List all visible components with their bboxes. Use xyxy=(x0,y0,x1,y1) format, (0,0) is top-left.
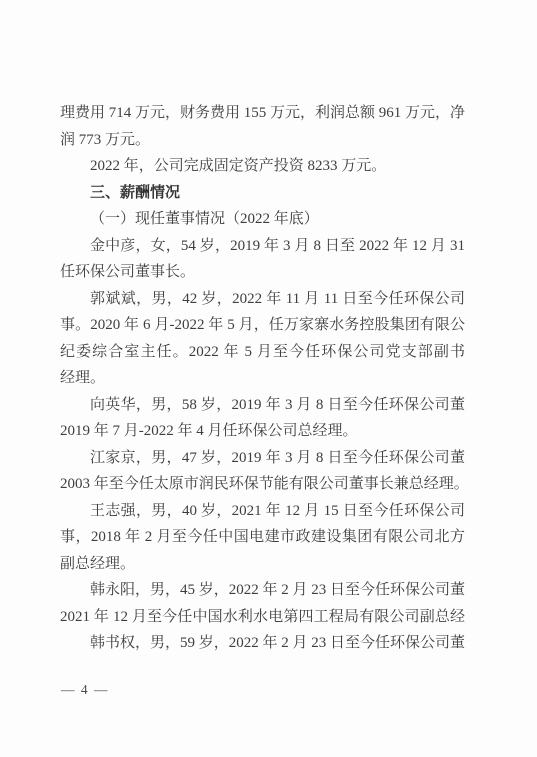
text-line: 金中彦，女，54 岁，2019 年 3 月 8 日至 2022 年 12 月 3… xyxy=(60,233,465,260)
text-line: 事，2018 年 2 月至今任中国电建市政建设集团有限公司北方公司 xyxy=(60,524,465,551)
text-line: 2022 年，公司完成固定资产投资 8233 万元。 xyxy=(60,153,465,180)
text-line: 理费用 714 万元，财务费用 155 万元，利润总额 961 万元，净利 xyxy=(60,100,465,127)
text-line: 王志强，男，40 岁，2021 年 12 月 15 日至今任环保公司董 xyxy=(60,498,465,525)
text-line: 向英华，男，58 岁，2019 年 3 月 8 日至今任环保公司董事。 xyxy=(60,392,465,419)
text-line: 事。2020 年 6 月-2022 年 5 月，任万家寨水务控股集团有限公司 xyxy=(60,312,465,339)
subsection-heading-directors: （一）现任董事情况（2022 年底） xyxy=(60,206,465,233)
text-line: 2021 年 12 月至今任中国水利水电第四工程局有限公司副总经理。 xyxy=(60,604,465,631)
text-line: 韩永阳，男，45 岁，2022 年 2 月 23 日至今任环保公司董事。 xyxy=(60,577,465,604)
text-line: 经理。 xyxy=(60,365,465,392)
document-page: 理费用 714 万元，财务费用 155 万元，利润总额 961 万元，净利 润 … xyxy=(0,0,537,757)
document-body: 理费用 714 万元，财务费用 155 万元，利润总额 961 万元，净利 润 … xyxy=(60,100,465,657)
text-line: 任环保公司董事长。 xyxy=(60,259,465,286)
text-line: 副总经理。 xyxy=(60,551,465,578)
text-line: 江家京，男，47 岁，2019 年 3 月 8 日至今任环保公司董事。 xyxy=(60,445,465,472)
text-line: 韩书权，男，59 岁，2022 年 2 月 23 日至今任环保公司董事。 xyxy=(60,630,465,657)
text-line: 2019 年 7 月-2022 年 4 月任环保公司总经理。 xyxy=(60,418,465,445)
section-heading-salary: 三、薪酬情况 xyxy=(60,180,465,207)
text-line: 郭斌斌，男，42 岁，2022 年 11 月 11 日至今任环保公司董 xyxy=(60,286,465,313)
page-number: — 4 — xyxy=(61,681,109,699)
text-line: 2003 年至今任太原市润民环保节能有限公司董事长兼总经理。 xyxy=(60,471,465,498)
text-line: 纪委综合室主任。2022 年 5 月至今任环保公司党支部副书记、总 xyxy=(60,339,465,366)
text-line: 润 773 万元。 xyxy=(60,127,465,154)
